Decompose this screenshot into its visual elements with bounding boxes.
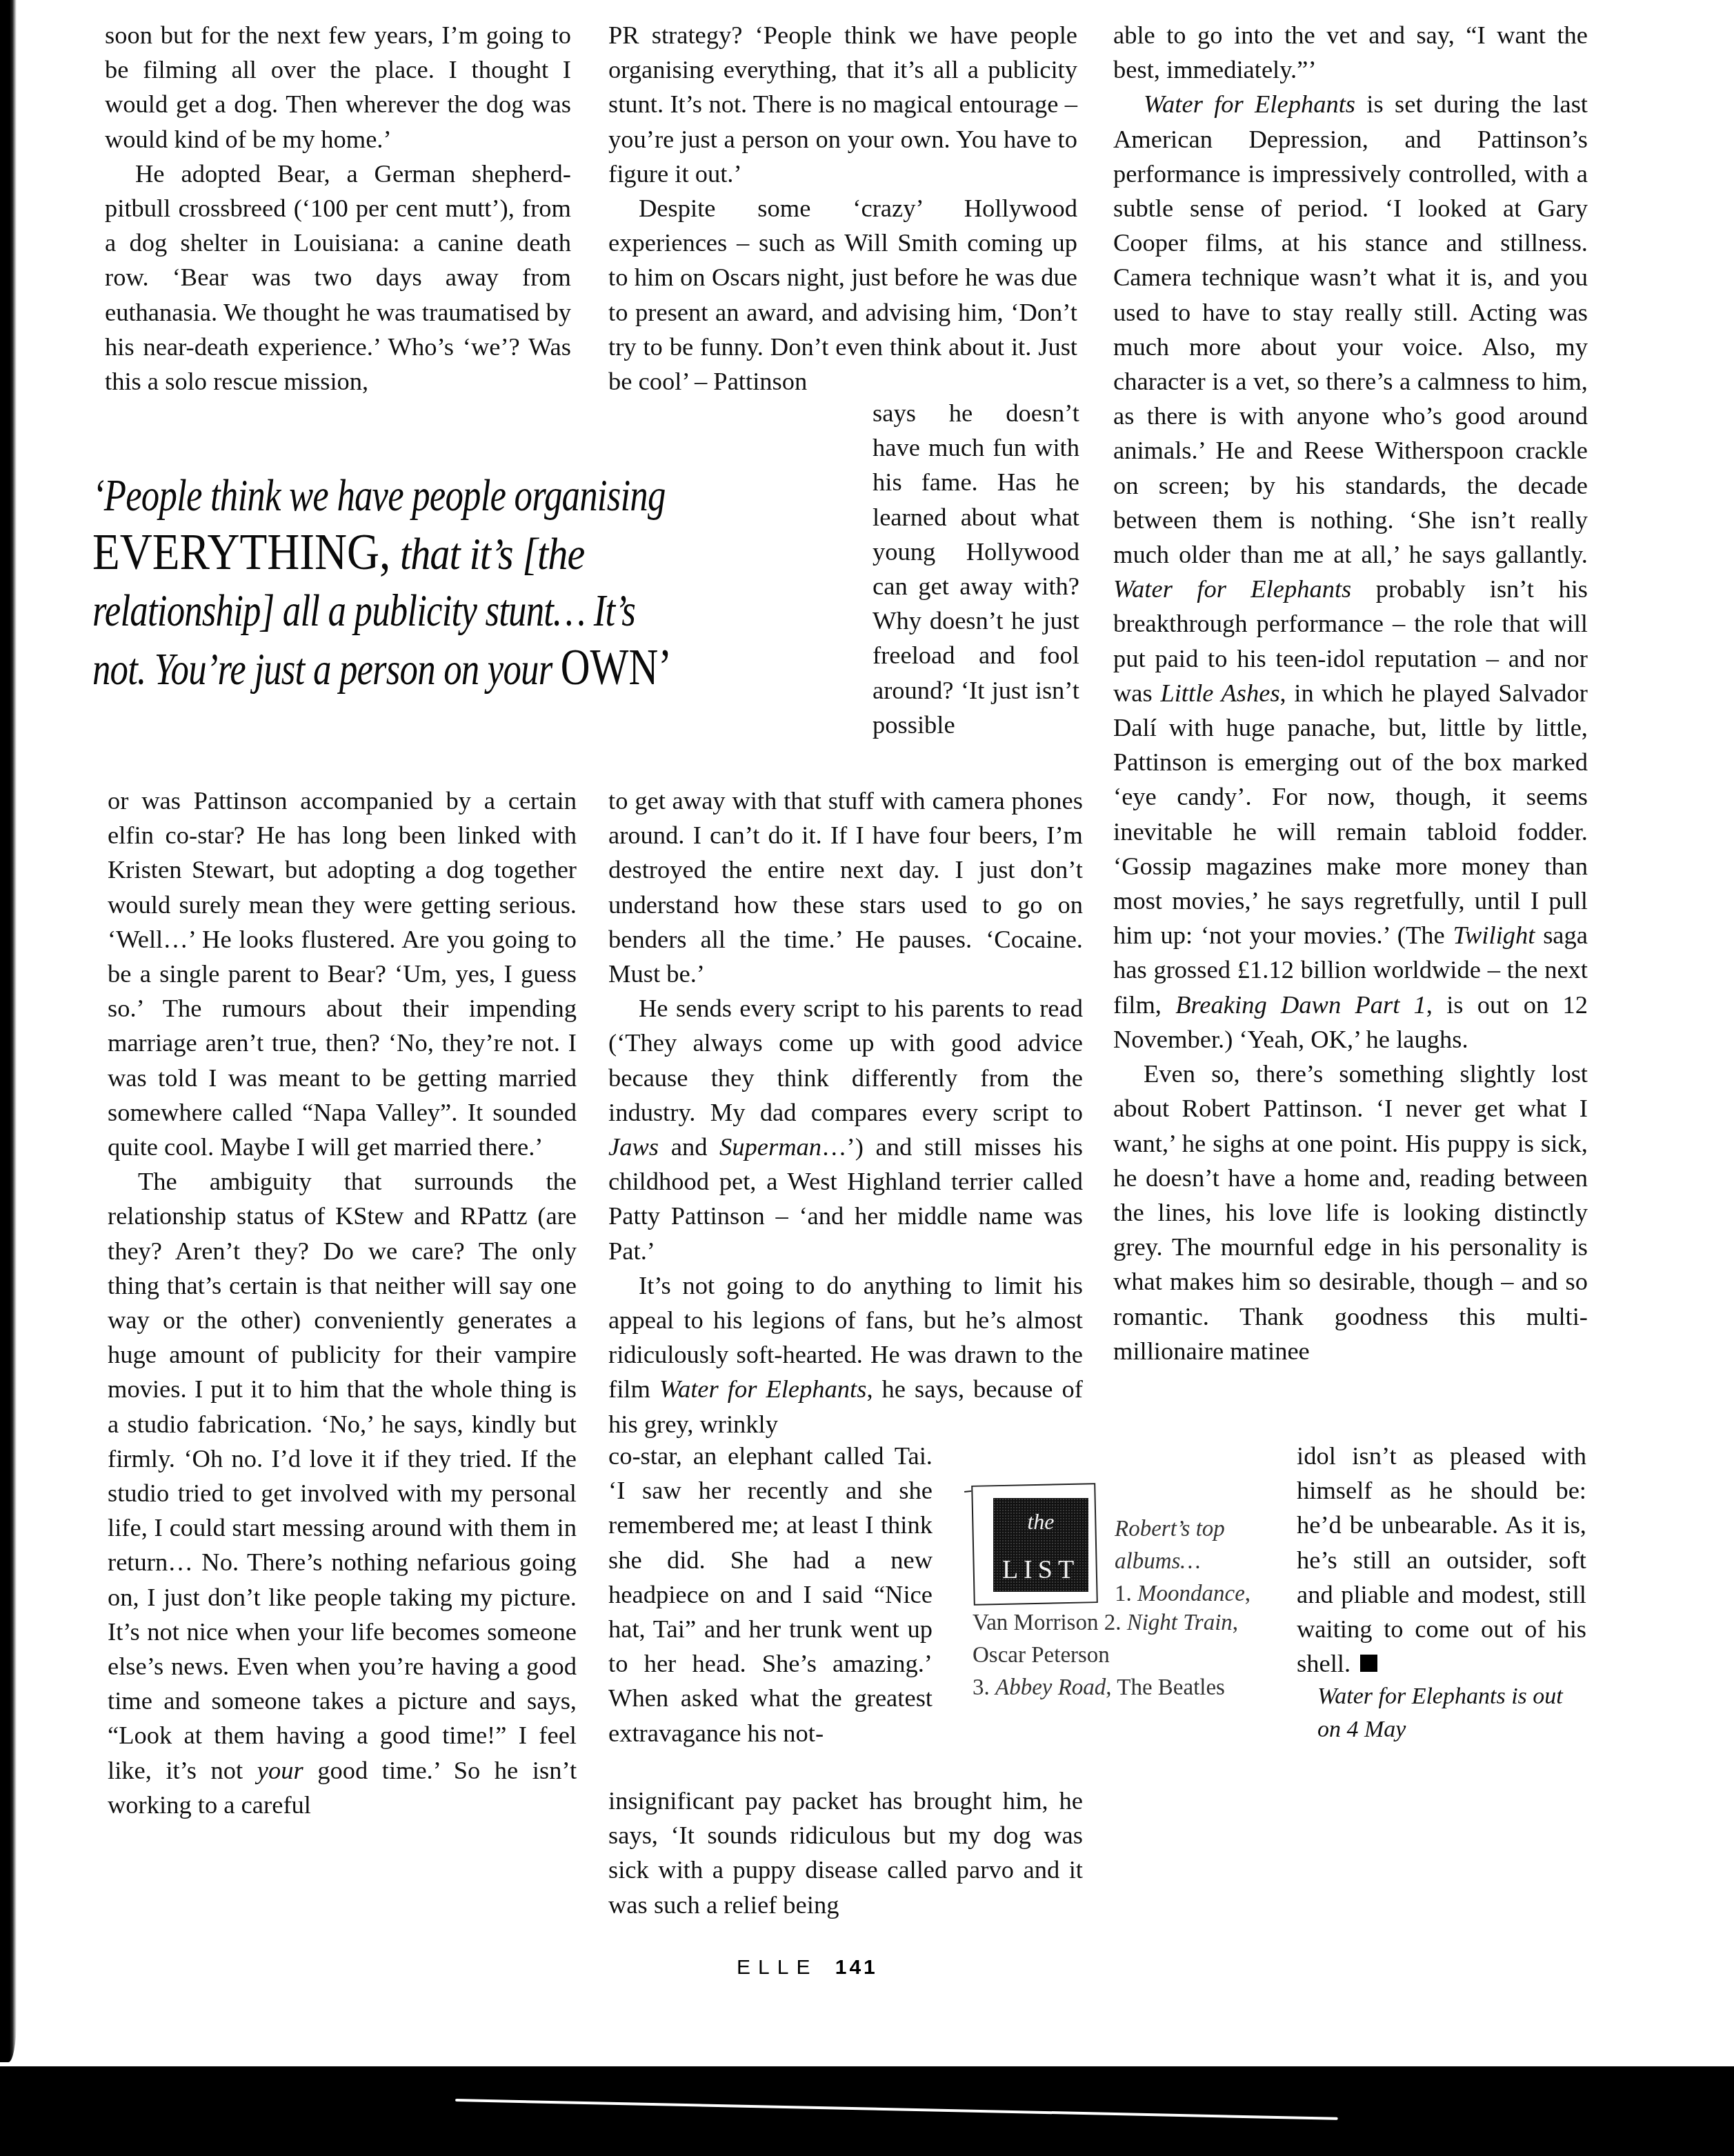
page-number: 141 bbox=[835, 1956, 878, 1979]
column-1-top: soon but for the next few years, I’m goi… bbox=[105, 18, 571, 399]
pull-quote-line: EVERYTHING, that it’s [the bbox=[92, 524, 754, 583]
magazine-name: ELLE bbox=[737, 1956, 817, 1979]
pull-quote: ‘People think we have people organising … bbox=[92, 468, 844, 698]
paragraph: or was Pattinson accompanied by a certai… bbox=[108, 783, 577, 1164]
paragraph: soon but for the next few years, I’m goi… bbox=[105, 18, 571, 157]
paragraph: Water for Elephants is set during the la… bbox=[1113, 87, 1588, 1057]
pull-quote-line: relationship] all a publicity stunt… It’… bbox=[92, 583, 694, 639]
scanner-edge-band bbox=[0, 2066, 1734, 2156]
column-2-wrap-text: says he doesn’t have much fun with his f… bbox=[873, 396, 1079, 742]
column-2-top: PR strategy? ‘People think we have peopl… bbox=[608, 18, 1077, 399]
paragraph: Even so, there’s something slightly lost… bbox=[1113, 1057, 1588, 1368]
column-2-bottom: insignificant pay packet has brought him… bbox=[608, 1784, 1083, 1922]
end-of-article-square-icon bbox=[1360, 1655, 1377, 1672]
the-list-badge: the LIST bbox=[993, 1498, 1088, 1592]
paragraph: The ambiguity that surrounds the relatio… bbox=[108, 1164, 577, 1822]
paragraph: to get away with that stuff with camera … bbox=[608, 783, 1083, 991]
column-2-narrow: co-star, an elephant called Tai. ‘I saw … bbox=[608, 1439, 933, 1750]
release-footnote: Water for Elephants is out on 4 May bbox=[1317, 1680, 1586, 1746]
list-items: Van Morrison 2. Night Train, Oscar Peter… bbox=[973, 1607, 1283, 1704]
column-2-middle: to get away with that stuff with camera … bbox=[608, 783, 1083, 1441]
binding-shadow bbox=[0, 0, 17, 2062]
list-intro: Robert’s top albums… 1. Moondance, bbox=[1115, 1513, 1253, 1610]
pull-quote-line: ‘People think we have people organising bbox=[92, 468, 694, 524]
page-folio: ELLE 141 bbox=[737, 1956, 878, 1979]
pull-quote-line: not. You’re just a person on your OWN’ bbox=[92, 639, 694, 698]
column-3-tail: idol isn’t as pleased with himself as he… bbox=[1297, 1439, 1586, 1681]
magazine-page: soon but for the next few years, I’m goi… bbox=[0, 0, 1734, 2156]
paragraph: He adopted Bear, a German shepherd-pitbu… bbox=[105, 157, 571, 399]
paragraph: He sends every script to his parents to … bbox=[608, 991, 1083, 1268]
paragraph: Despite some ‘crazy’ Hollywood experienc… bbox=[608, 191, 1077, 399]
paragraph: It’s not going to do anything to limit h… bbox=[608, 1268, 1083, 1441]
paragraph: able to go into the vet and say, “I want… bbox=[1113, 18, 1588, 87]
column-1-bottom: or was Pattinson accompanied by a certai… bbox=[108, 783, 577, 1822]
column-3: able to go into the vet and say, “I want… bbox=[1113, 18, 1588, 1368]
paragraph: PR strategy? ‘People think we have peopl… bbox=[608, 18, 1077, 191]
